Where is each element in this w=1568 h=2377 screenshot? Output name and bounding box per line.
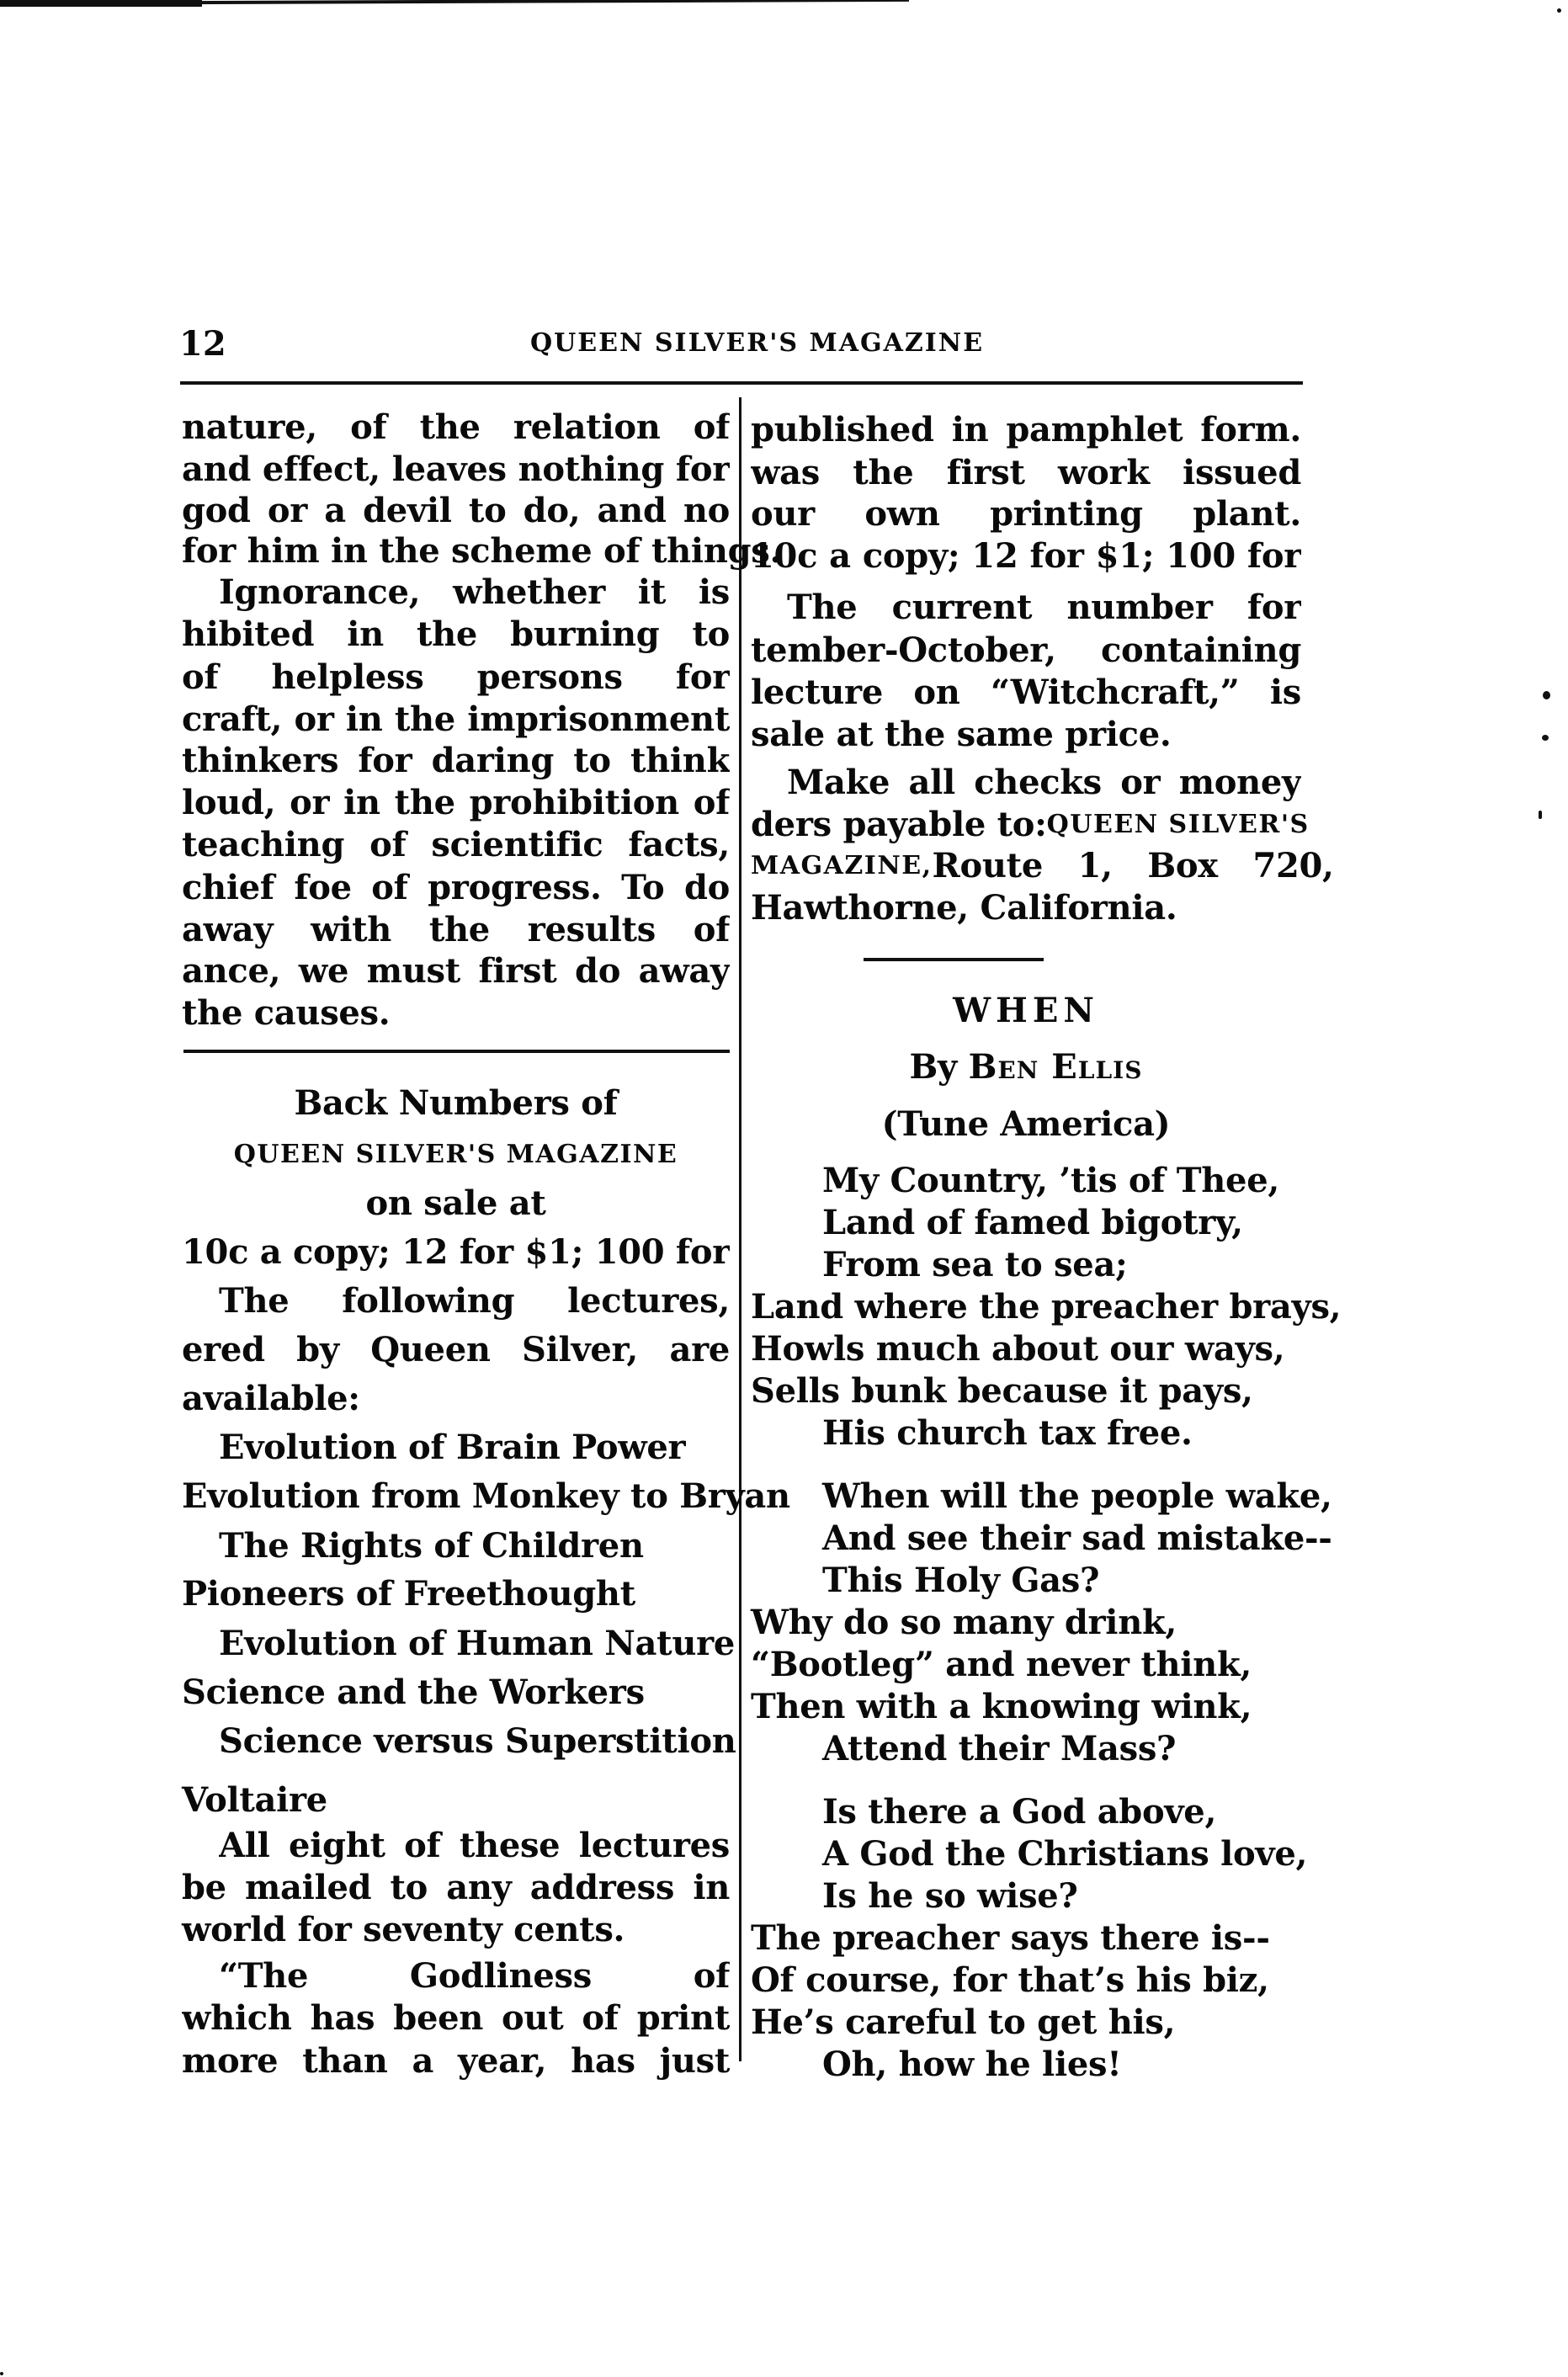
text-line: our own printing plant. Price, bbox=[751, 493, 1301, 535]
notice-price: 10c a copy; 12 for $1; 100 for $7 bbox=[182, 1231, 730, 1274]
poem-line: Why do so many drink, bbox=[751, 1602, 1301, 1644]
page-number: 12 bbox=[179, 323, 226, 365]
magazine-name-caps: QUEEN SILVER'S bbox=[1047, 804, 1310, 846]
poem-line: And see their sad mistake-- bbox=[822, 1518, 1337, 1560]
byline-prefix: By bbox=[910, 1047, 969, 1087]
poem-line: From sea to sea; bbox=[822, 1244, 1337, 1286]
text-line: thinkers for daring to think out bbox=[182, 740, 730, 782]
text-line: 10c a copy; 12 for $1; 100 for $7. bbox=[751, 535, 1301, 577]
column-divider bbox=[739, 397, 741, 2061]
text-line: which has been out of print for bbox=[182, 1997, 730, 2039]
notice-on-sale: on sale at bbox=[182, 1183, 730, 1225]
poem-line: Then with a knowing wink, bbox=[751, 1686, 1301, 1728]
text-line: The current number for Sep- bbox=[787, 587, 1301, 629]
poem-line: The preacher says there is-- bbox=[751, 1917, 1301, 1960]
magazine-page: 12 QUEEN SILVER'S MAGAZINE nature, of th… bbox=[0, 0, 1568, 2377]
poem-tune: (Tune America) bbox=[751, 1103, 1301, 1146]
lecture-item: Evolution of Human Nature bbox=[219, 1623, 730, 1665]
text-line: lecture on “Witchcraft,” is on bbox=[751, 672, 1301, 714]
text-line: Make all checks or money or- bbox=[787, 762, 1301, 804]
text-line: sale at the same price. bbox=[751, 714, 1301, 756]
poem-line: This Holy Gas? bbox=[822, 1560, 1337, 1602]
scan-top-edge-corner bbox=[0, 0, 202, 7]
poem-line: Is there a God above, bbox=[822, 1791, 1337, 1833]
lecture-item: Evolution of Brain Power bbox=[219, 1427, 730, 1469]
poem-line: My Country, ’tis of Thee, bbox=[822, 1160, 1337, 1202]
text-fragment: ders payable to: bbox=[751, 804, 1047, 846]
poem-line: Oh, how he lies! bbox=[822, 2044, 1337, 2086]
text-line: loud, or in the prohibition of the bbox=[182, 782, 730, 824]
notice-heading: Back Numbers of bbox=[182, 1082, 730, 1125]
text-line: available: bbox=[182, 1378, 730, 1420]
running-title: QUEEN SILVER'S MAGAZINE bbox=[530, 327, 984, 360]
text-line: Hawthorne, California. bbox=[751, 887, 1301, 929]
text-line: craft, or in the imprisonment of bbox=[182, 699, 730, 741]
poem-line: Howls much about our ways, bbox=[751, 1328, 1301, 1370]
poem-line: When will the people wake, bbox=[822, 1476, 1337, 1518]
poem-byline: By Ben Ellis bbox=[751, 1046, 1301, 1088]
text-line: All eight of these lectures will bbox=[219, 1825, 730, 1867]
notice-magazine-name: QUEEN SILVER'S MAGAZINE bbox=[182, 1134, 730, 1176]
lecture-item: Science and the Workers bbox=[182, 1672, 730, 1714]
text-line: teaching of scientific facts, is the bbox=[182, 824, 730, 866]
lecture-item: Voltaire bbox=[182, 1779, 730, 1821]
poem-line: Of course, for that’s his biz, bbox=[751, 1960, 1301, 2002]
text-line: ders payable to: QUEEN SILVER'S bbox=[751, 804, 1301, 846]
text-line: MAGAZINE, Route 1, Box 720, bbox=[751, 845, 1301, 887]
lecture-item: The Rights of Children bbox=[219, 1525, 730, 1567]
text-line: for him in the scheme of things. bbox=[182, 530, 730, 572]
text-line: away with the results of ignor- bbox=[182, 909, 730, 951]
header-rule bbox=[180, 381, 1303, 385]
text-line: tember-October, containing the bbox=[751, 630, 1301, 672]
lecture-item: Evolution from Monkey to Bryan bbox=[182, 1476, 730, 1518]
poem-line: His church tax free. bbox=[822, 1412, 1337, 1454]
poem-title: WHEN bbox=[751, 990, 1301, 1032]
poem-line: Land of famed bigotry, bbox=[822, 1202, 1337, 1244]
short-section-rule bbox=[864, 958, 1044, 961]
text-line: Ignorance, whether it is ex- bbox=[219, 572, 730, 614]
text-line: the causes. bbox=[182, 992, 730, 1034]
scan-speck bbox=[1539, 811, 1542, 819]
text-line: hibited in the burning to death bbox=[182, 614, 730, 656]
text-line: “The Godliness of Ignorance,” bbox=[219, 1955, 730, 1997]
magazine-name-caps: MAGAZINE, bbox=[751, 845, 933, 887]
poem-line: A God the Christians love, bbox=[822, 1833, 1337, 1875]
text-line: be mailed to any address in the bbox=[182, 1867, 730, 1909]
text-line: ance, we must first do away with bbox=[182, 950, 730, 992]
poem-line: Land where the preacher brays, bbox=[751, 1286, 1301, 1328]
text-line: published in pamphlet form. It bbox=[751, 409, 1301, 451]
text-line: chief foe of progress. To do bbox=[182, 867, 730, 909]
scan-speck bbox=[1557, 8, 1561, 13]
scan-speck bbox=[1543, 691, 1550, 699]
poem-line: “Bootleg” and never think, bbox=[751, 1644, 1301, 1686]
lecture-item: Pioneers of Freethought bbox=[182, 1573, 730, 1615]
section-rule bbox=[183, 1050, 730, 1053]
scan-speck bbox=[1542, 735, 1549, 741]
poem-line: Attend their Mass? bbox=[822, 1728, 1337, 1770]
poem-line: He’s careful to get his, bbox=[751, 2002, 1301, 2044]
poem-line: Sells bunk because it pays, bbox=[751, 1370, 1301, 1412]
lecture-item: Science versus Superstition bbox=[219, 1720, 730, 1763]
text-line: The following lectures, deliv- bbox=[219, 1280, 730, 1322]
text-line: and effect, leaves nothing for a bbox=[182, 449, 730, 491]
text-line: was the first work issued from bbox=[751, 452, 1301, 494]
poem-line: Is he so wise? bbox=[822, 1875, 1337, 1917]
scan-speck bbox=[0, 2372, 3, 2375]
text-line: ered by Queen Silver, are now bbox=[182, 1329, 730, 1371]
text-line: nature, of the relation of cause bbox=[182, 407, 730, 449]
poem-author: Ben Ellis bbox=[969, 1047, 1143, 1087]
text-line: god or a devil to do, and no place bbox=[182, 490, 730, 532]
text-line: world for seventy cents. bbox=[182, 1909, 730, 1951]
text-fragment: Route 1, Box 720, bbox=[933, 845, 1334, 887]
text-line: more than a year, has just been bbox=[182, 2040, 730, 2082]
text-line: of helpless persons for witch- bbox=[182, 657, 730, 699]
